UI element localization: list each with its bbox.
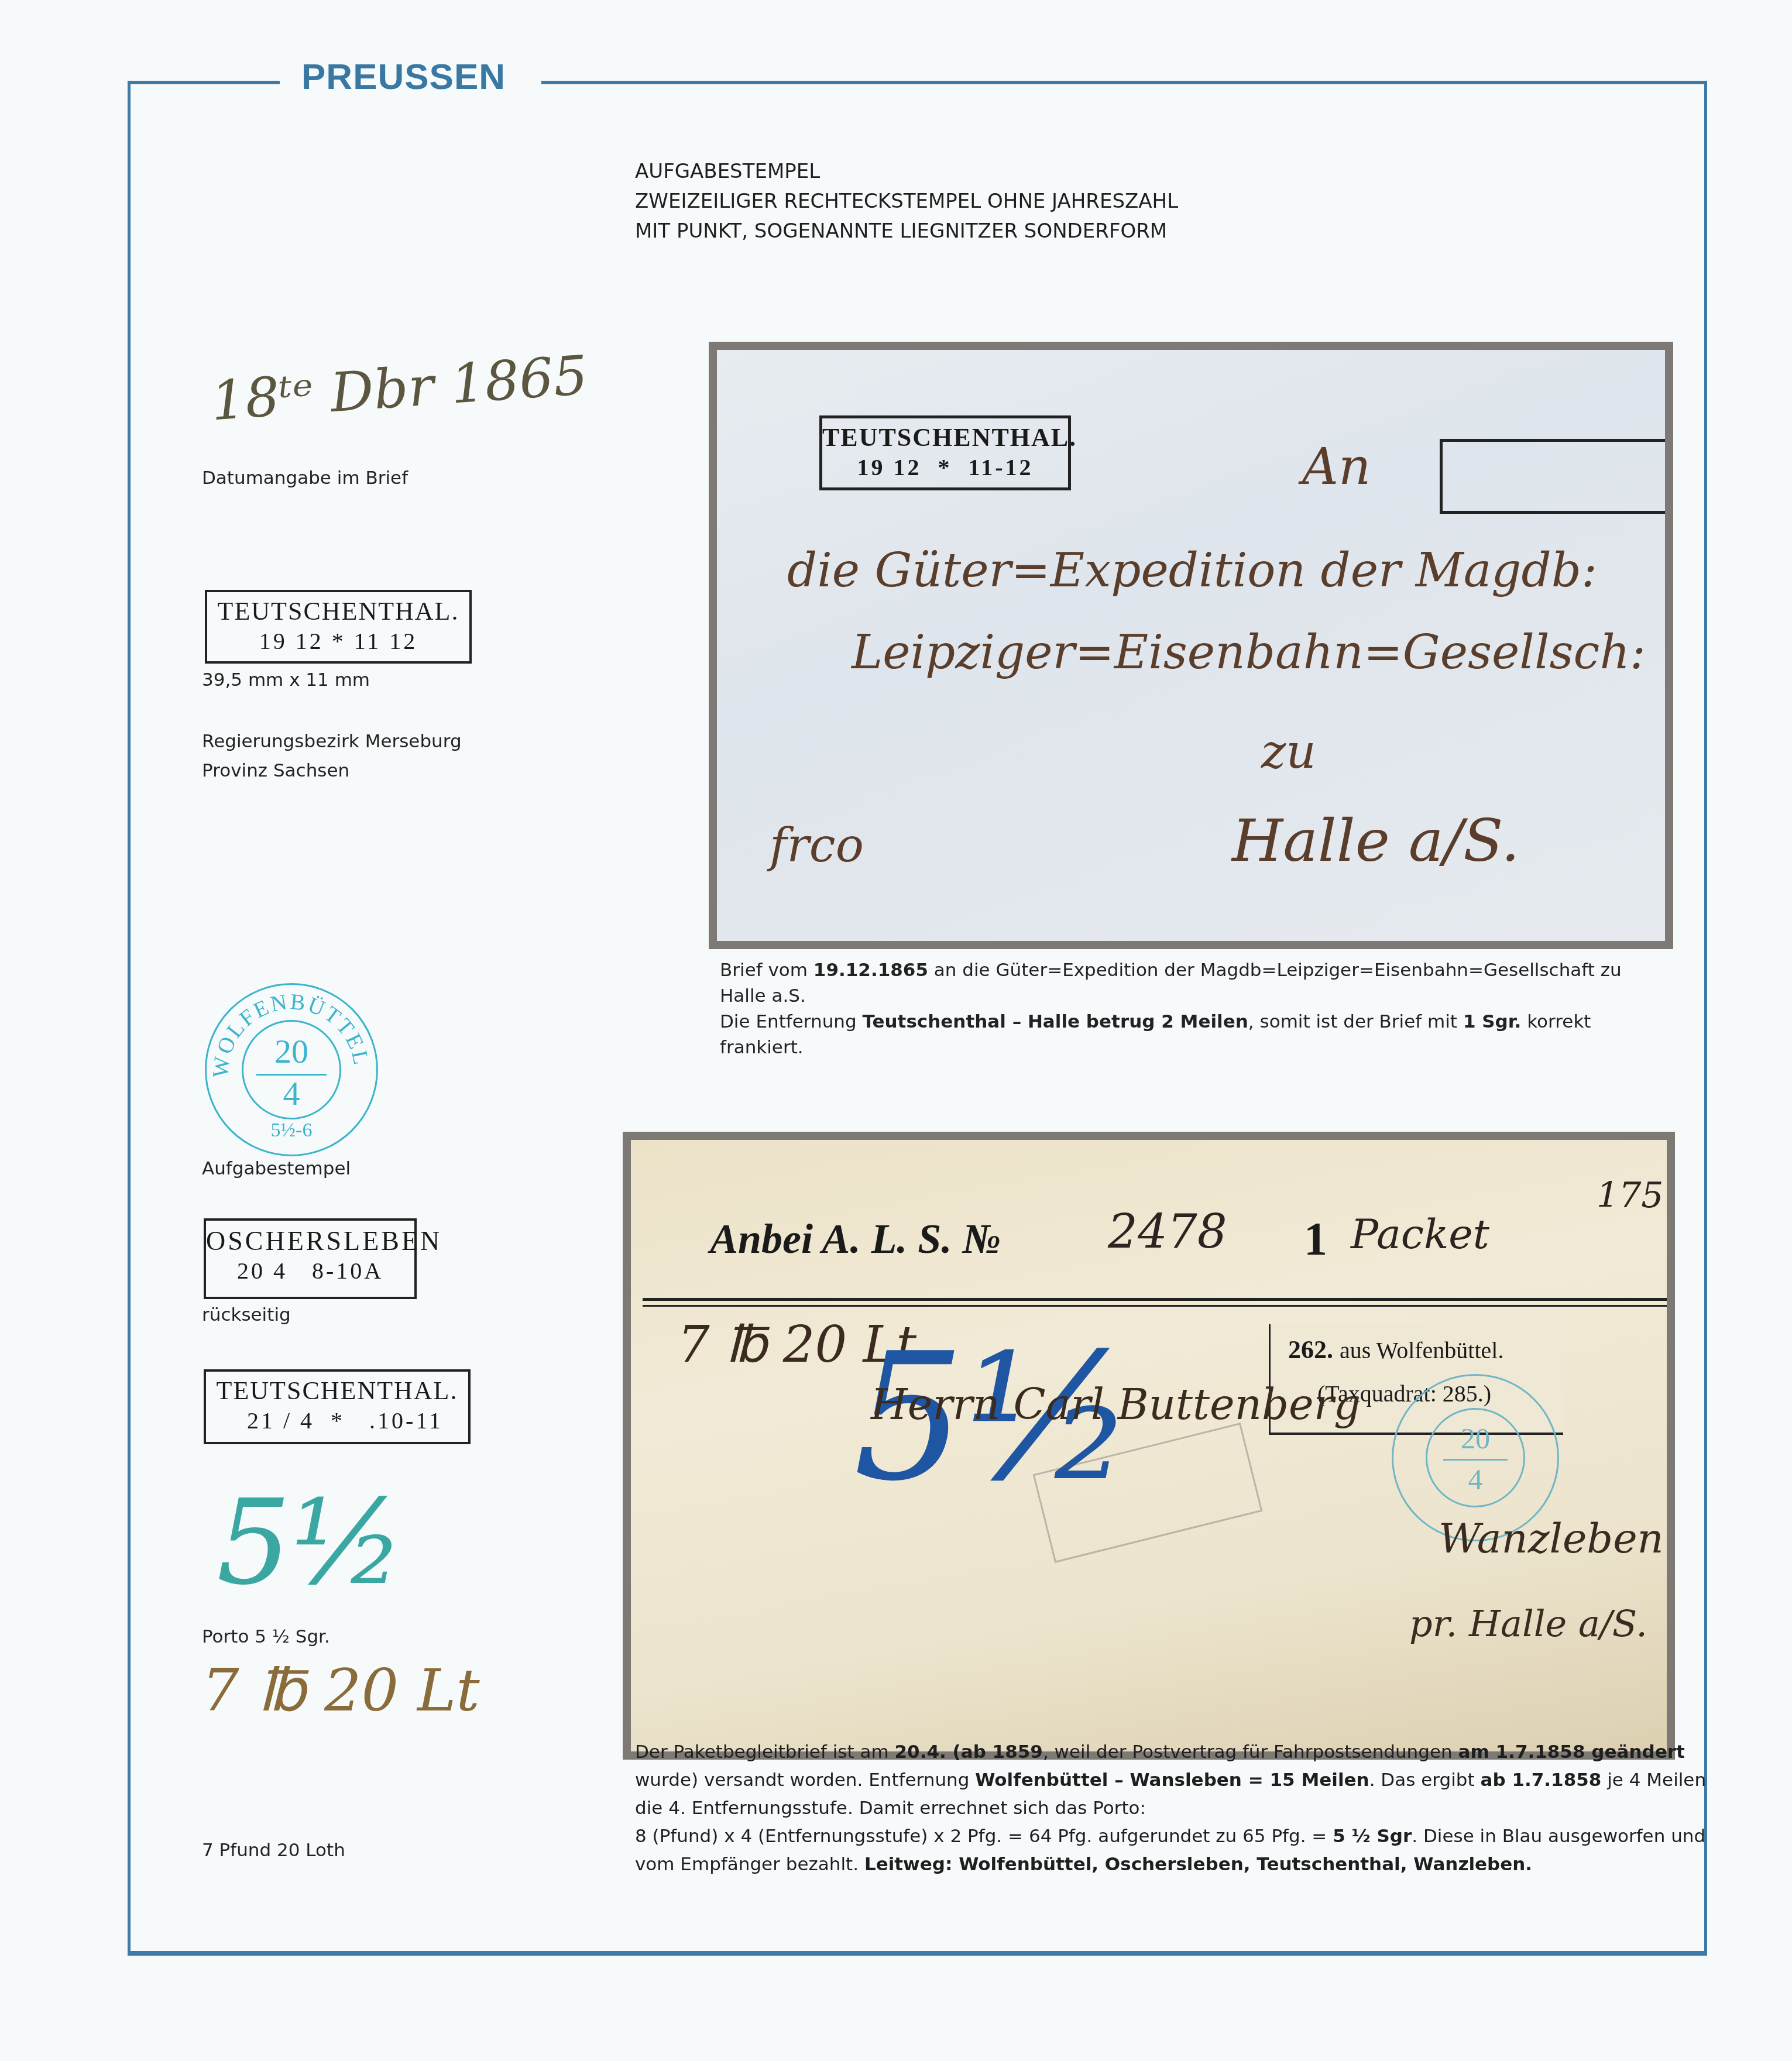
- cover-2-caption: Der Paketbegleitbrief ist am 20.4. (ab 1…: [635, 1738, 1718, 1878]
- stamp-town: OSCHERSLEBEN: [206, 1225, 414, 1257]
- wolfenbuettel-stamp-drawing: WOLFENBÜTTEL 20 4 5½-6: [205, 983, 378, 1156]
- stamp-date: 19 12 * 11 12: [207, 627, 469, 655]
- date-caption: Datumangabe im Brief: [202, 465, 408, 491]
- wolfenbuettel-caption: Aufgabestempel: [202, 1156, 351, 1181]
- frame-top-right: [541, 81, 1707, 84]
- stamp-town: TEUTSCHENTHAL.: [206, 1375, 468, 1407]
- frame-top-left: [128, 81, 280, 84]
- heading-line-3: MIT PUNKT, SOGENANNTE LIEGNITZER SONDERF…: [635, 217, 1178, 246]
- address-line-3: Leipziger=Eisenbahn=Gesellsch:: [852, 625, 1646, 679]
- postmark-month: 4: [1393, 1462, 1557, 1496]
- teutschenthal-stamp-2-drawing: TEUTSCHENTHAL. 21 / 4 * .10-11: [204, 1369, 471, 1444]
- cover1-postmark-on-stamp: [1440, 439, 1665, 514]
- porto-handwriting: 5½: [217, 1475, 404, 1611]
- packet-word: Packet: [1351, 1210, 1489, 1258]
- recipient-route: pr. Halle a/S.: [1409, 1602, 1647, 1645]
- cds-time: 5½-6: [207, 1119, 376, 1142]
- packet-number: 2478: [1108, 1204, 1227, 1259]
- heading-line-1: AUFGABESTEMPEL: [635, 157, 1178, 187]
- postmark-date: 19 12 * 11-12: [822, 454, 1068, 482]
- corner-note: 175: [1597, 1175, 1664, 1216]
- porto-caption: Porto 5 ½ Sgr.: [202, 1624, 330, 1650]
- packet-count: 1: [1304, 1213, 1327, 1266]
- address-line-2: die Güter=Expedition der Magdb:: [787, 543, 1597, 597]
- oschersleben-stamp-drawing: OSCHERSLEBEN 20 4 8-10A: [204, 1218, 417, 1299]
- cds-day: 20: [207, 1032, 376, 1071]
- stamp-date: 21 / 4 * .10-11: [206, 1407, 468, 1435]
- postmark-divider: [1443, 1459, 1508, 1461]
- heading-line-2: ZWEIZEILIGER RECHTECKSTEMPEL OHNE JAHRES…: [635, 187, 1178, 217]
- recipient-name: Herrn Carl Buttenberg: [871, 1380, 1361, 1429]
- postmark-town: TEUTSCHENTHAL.: [822, 422, 1068, 454]
- label-number: 262.: [1288, 1335, 1333, 1364]
- postmark-day: 20: [1393, 1421, 1557, 1455]
- weight-handwriting: 7 ℔ 20 Lt: [202, 1656, 480, 1725]
- frame-left: [128, 81, 131, 1954]
- date-handwriting: 18ᵗᵉ Dbr 1865: [209, 344, 590, 433]
- cover-1-image: TEUTSCHENTHAL. 19 12 * 11-12 EIN SILB.GR…: [717, 350, 1665, 941]
- address-line-4: zu: [1261, 724, 1316, 779]
- header-rule-2: [643, 1305, 1667, 1307]
- weight-caption: 7 Pfund 20 Loth: [202, 1837, 345, 1863]
- cover1-postmark: TEUTSCHENTHAL. 19 12 * 11-12: [819, 415, 1071, 490]
- address-line-1: An: [1302, 438, 1371, 496]
- franco-note: frco: [770, 818, 864, 873]
- address-line-5: Halle a/S.: [1232, 806, 1520, 875]
- frame-bottom: [128, 1951, 1707, 1956]
- section-heading: AUFGABESTEMPEL ZWEIZEILIGER RECHTECKSTEM…: [635, 157, 1178, 246]
- region-line-2: Provinz Sachsen: [202, 758, 349, 784]
- label-origin: aus Wolfenbüttel.: [1340, 1337, 1503, 1363]
- printed-header: Anbei A. L. S. №: [710, 1215, 1001, 1263]
- region-line-1: Regierungsbezirk Merseburg: [202, 729, 462, 754]
- stamp-size-caption: 39,5 mm x 11 mm: [202, 667, 370, 693]
- teutschenthal-stamp-drawing: TEUTSCHENTHAL. 19 12 * 11 12: [205, 590, 472, 664]
- stamp-town: TEUTSCHENTHAL.: [207, 596, 469, 627]
- recipient-town: Wanzleben: [1439, 1514, 1664, 1562]
- stamp-date: 20 4 8-10A: [206, 1257, 414, 1285]
- frame-right: [1704, 81, 1707, 1954]
- cover-1-caption: Brief vom 19.12.1865 an die Güter=Expedi…: [720, 957, 1668, 1060]
- cover-2-image: Anbei A. L. S. № 2478 1 Packet 175 7 ℔ 2…: [631, 1140, 1667, 1751]
- header-rule: [643, 1298, 1667, 1301]
- cds-month: 4: [207, 1074, 376, 1113]
- oschersleben-caption: rückseitig: [202, 1302, 291, 1328]
- page-title: PREUSSEN: [301, 56, 506, 98]
